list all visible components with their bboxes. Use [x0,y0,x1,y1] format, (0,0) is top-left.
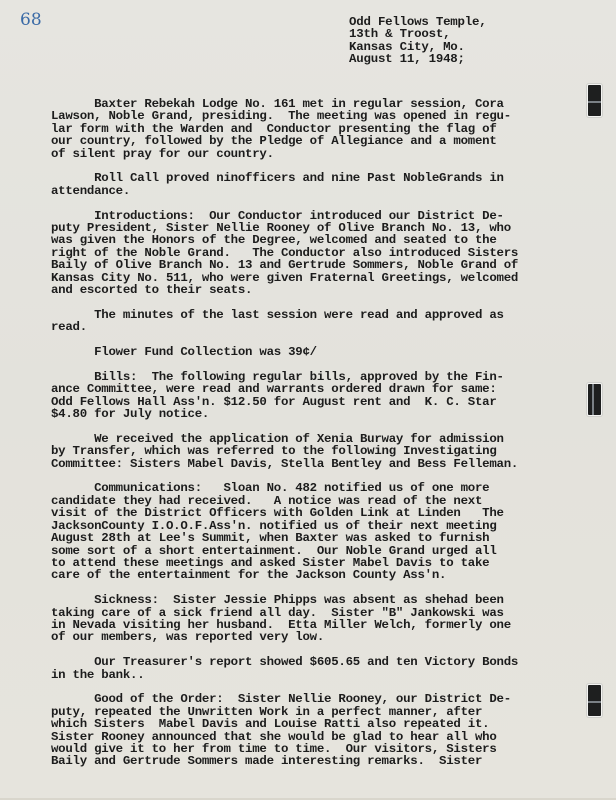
paragraph-good-of-the-order: Good of the Order: Sister Nellie Rooney,… [51,693,571,767]
typed-minutes-page: 68 Odd Fellows Temple, 13th & Troost, Ka… [0,0,616,800]
paragraph-bills: Bills: The following regular bills, appr… [51,371,571,421]
binder-hole-tab-icon [587,684,602,717]
paragraph-treasurer-report: Our Treasurer's report showed $605.65 an… [51,656,571,681]
paragraph-sickness: Sickness: Sister Jessie Phipps was absen… [51,594,571,644]
address-and-date-block: Odd Fellows Temple, 13th & Troost, Kansa… [349,16,486,65]
paragraph-flower-fund: Flower Fund Collection was 39¢/ [51,346,571,358]
minutes-body: Baxter Rebekah Lodge No. 161 met in regu… [51,98,571,780]
paragraph-minutes-approval: The minutes of the last session were rea… [51,309,571,334]
binder-hole-tab-icon [587,383,602,416]
paragraph-application: We received the application of Xenia Bur… [51,433,571,470]
paragraph-communications: Communications: Sloan No. 482 notified u… [51,482,571,581]
paragraph-opening: Baxter Rebekah Lodge No. 161 met in regu… [51,98,571,160]
binder-hole-tab-icon [587,84,602,117]
paragraph-introductions: Introductions: Our Conductor introduced … [51,210,571,297]
paragraph-roll-call: Roll Call proved ninofficers and nine Pa… [51,172,571,197]
page-number: 68 [20,10,42,30]
